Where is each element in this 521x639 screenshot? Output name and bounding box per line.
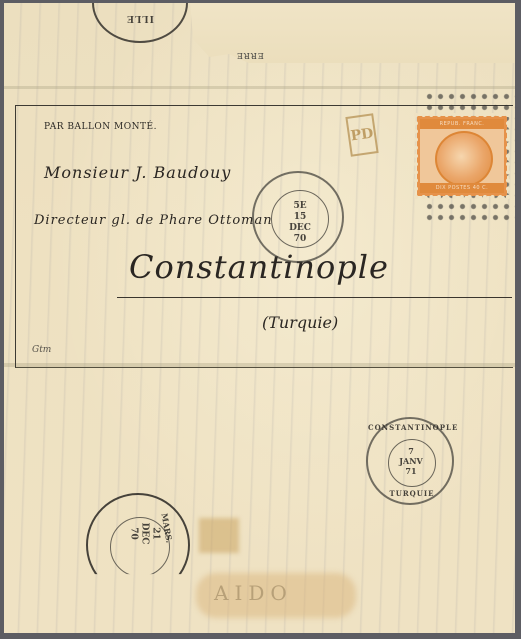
- address-recipient: Monsieur J. Baudouy: [44, 163, 231, 182]
- signature-mark: Gtm: [32, 345, 51, 355]
- postmark-top-text: ILLE: [94, 13, 186, 23]
- fold-line-top: [4, 86, 515, 89]
- postmark-marseille-date: 21 DEC 70: [128, 514, 161, 554]
- postmark-line: DEC: [139, 514, 150, 554]
- postmark-line: 70: [128, 514, 139, 554]
- postmark-constantinople-country: TURQUIE: [368, 489, 456, 498]
- postmark-constantinople-name: CONSTANTINOPLE: [368, 423, 456, 432]
- flap-print-text: ERRE: [236, 51, 264, 60]
- postmark-line: 71: [396, 466, 426, 476]
- postmark-line: 7: [396, 446, 426, 456]
- postmark-constantinople: CONSTANTINOPLE 7 JANV 71 TURQUIE: [366, 417, 454, 505]
- ceres-stamp: REPUB. FRANC. DIX POSTES 40 C.: [417, 116, 507, 196]
- postmark-paris-date: 5E 15 DEC 70: [278, 201, 322, 245]
- postmark-constantinople-date: 7 JANV 71: [396, 446, 426, 476]
- printed-header: PAR BALLON MONTÉ.: [44, 122, 157, 132]
- postmark-paris: 5E 15 DEC 70: [252, 171, 344, 263]
- letter-cover: ERRE ILLE PAR BALLON MONTÉ. PD REPUB. FR…: [4, 3, 515, 633]
- ceres-portrait-icon: [435, 131, 493, 187]
- address-city: Constantinople: [129, 248, 389, 286]
- address-title: Directeur gl. de Phare Ottoman: [34, 213, 273, 228]
- pd-registration-box: PD: [345, 113, 378, 157]
- postmark-line: 21: [150, 514, 161, 554]
- postmark-line: 15: [278, 212, 322, 223]
- postmark-line: 70: [278, 234, 322, 245]
- address-country: (Turquie): [262, 313, 338, 332]
- ink-stain: [199, 518, 239, 553]
- stain-text: AIDO: [214, 581, 293, 605]
- postmark-line: JANV: [396, 456, 426, 466]
- postmark-line: 5E: [278, 201, 322, 212]
- stamp-top-text: REPUB. FRANC.: [420, 119, 504, 129]
- stamp-bottom-text: DIX POSTES 40 C.: [420, 183, 504, 193]
- postmark-line: DEC: [278, 223, 322, 234]
- address-underline: [117, 297, 512, 298]
